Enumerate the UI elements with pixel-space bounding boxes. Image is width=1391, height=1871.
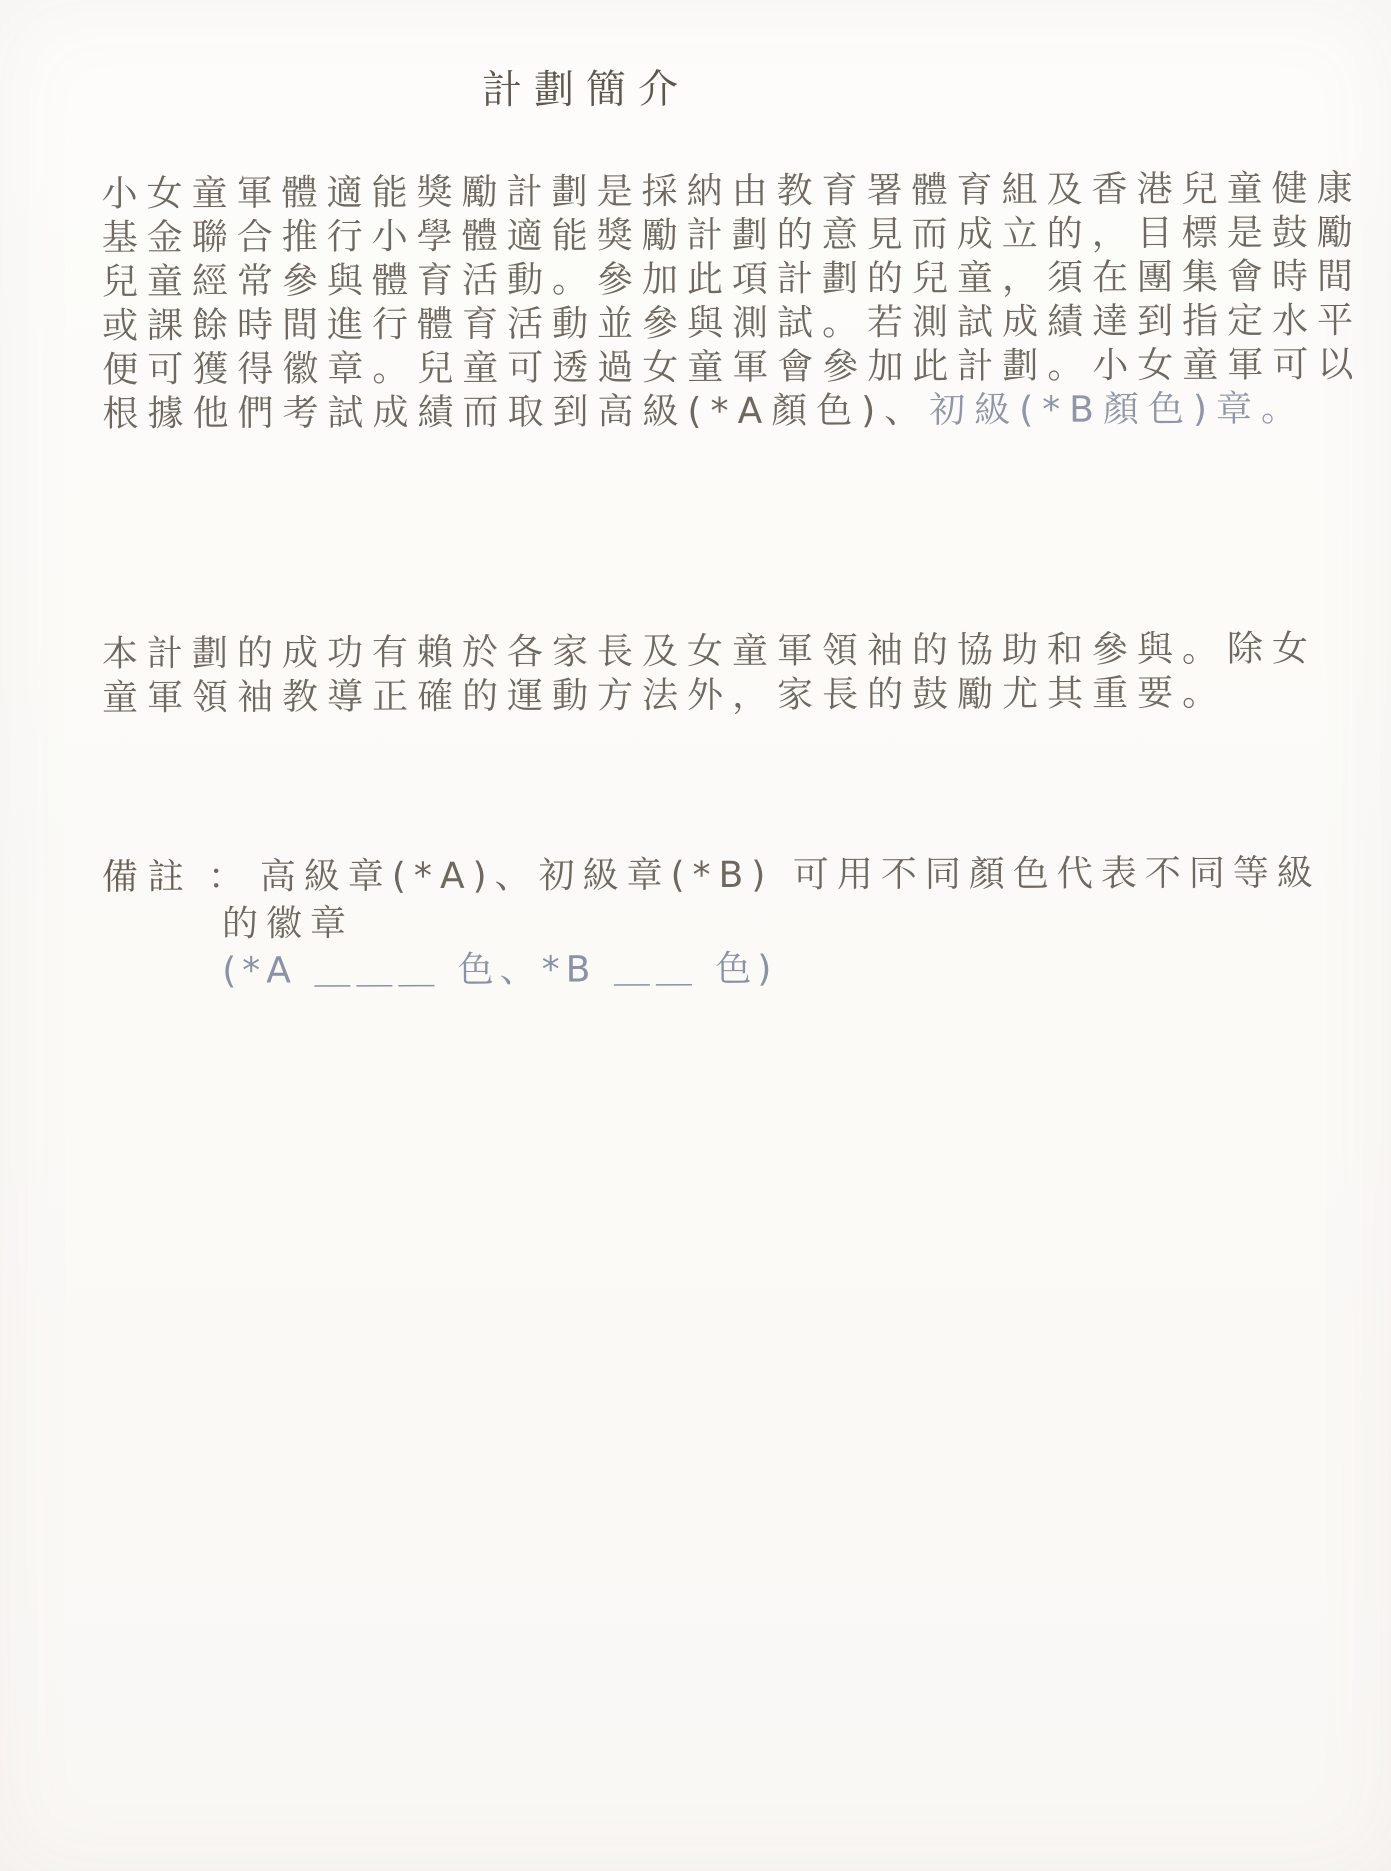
text-line: 本計劃的成功有賴於各家長及女童軍領袖的協助和參與。除女 xyxy=(102,627,1391,677)
text-line: 基金聯合推行小學體適能獎勵計劃的意見而成立的，目標是鼓勵 xyxy=(102,211,1391,261)
scanned-document-page: 計劃簡介 小女童軍體適能獎勵計劃是採納由教育署體育組及香港兒童健康 基金聯合推行… xyxy=(0,0,1391,1871)
remarks-label: 備註 xyxy=(102,857,194,898)
text-line: 根據他們考試成績而取到高級(*A顏色)、初級(*B顏色)章。 xyxy=(102,387,1391,437)
text-line: 兒童經常參與體育活動。參加此項計劃的兒童，須在團集會時間 xyxy=(102,255,1391,305)
remarks-colon: ： xyxy=(208,857,252,898)
text-line: 或課餘時間進行體育活動並參與測試。若測試成績達到指定水平 xyxy=(102,299,1391,349)
color-fill-in-line: (*A ＿＿＿ 色、*B ＿＿ 色) xyxy=(222,944,1321,995)
remarks-row-1: 備註：高級章(*A)、初級章(*B) 可用不同顏色代表不同等級 xyxy=(102,850,1321,901)
remarks-text: 高級章(*A)、初級章(*B) 可用不同顏色代表不同等級 xyxy=(260,853,1321,898)
badge-grade-text-faded: 初級(*B顏色)章。 xyxy=(929,389,1306,432)
text-line: 童軍領袖教導正確的運動方法外，家長的鼓勵尤其重要。 xyxy=(102,671,1391,721)
badge-grade-text: 根據他們考試成績而取到高級(*A顏色)、 xyxy=(102,390,929,435)
intro-paragraph: 小女童軍體適能獎勵計劃是採納由教育署體育組及香港兒童健康 基金聯合推行小學體適能… xyxy=(101,167,1391,437)
text-line: 小女童軍體適能獎勵計劃是採納由教育署體育組及香港兒童健康 xyxy=(101,167,1391,217)
page-title: 計劃簡介 xyxy=(482,57,690,115)
remarks-section: 備註：高級章(*A)、初級章(*B) 可用不同顏色代表不同等級 的徽章 (*A … xyxy=(102,850,1321,995)
text-line: 便可獲得徽章。兒童可透過女童軍會參加此計劃。小女童軍可以 xyxy=(102,343,1391,393)
remarks-row-2: 的徽章 xyxy=(222,897,1321,948)
support-paragraph: 本計劃的成功有賴於各家長及女童軍領袖的協助和參與。除女 童軍領袖教導正確的運動方… xyxy=(102,627,1391,721)
